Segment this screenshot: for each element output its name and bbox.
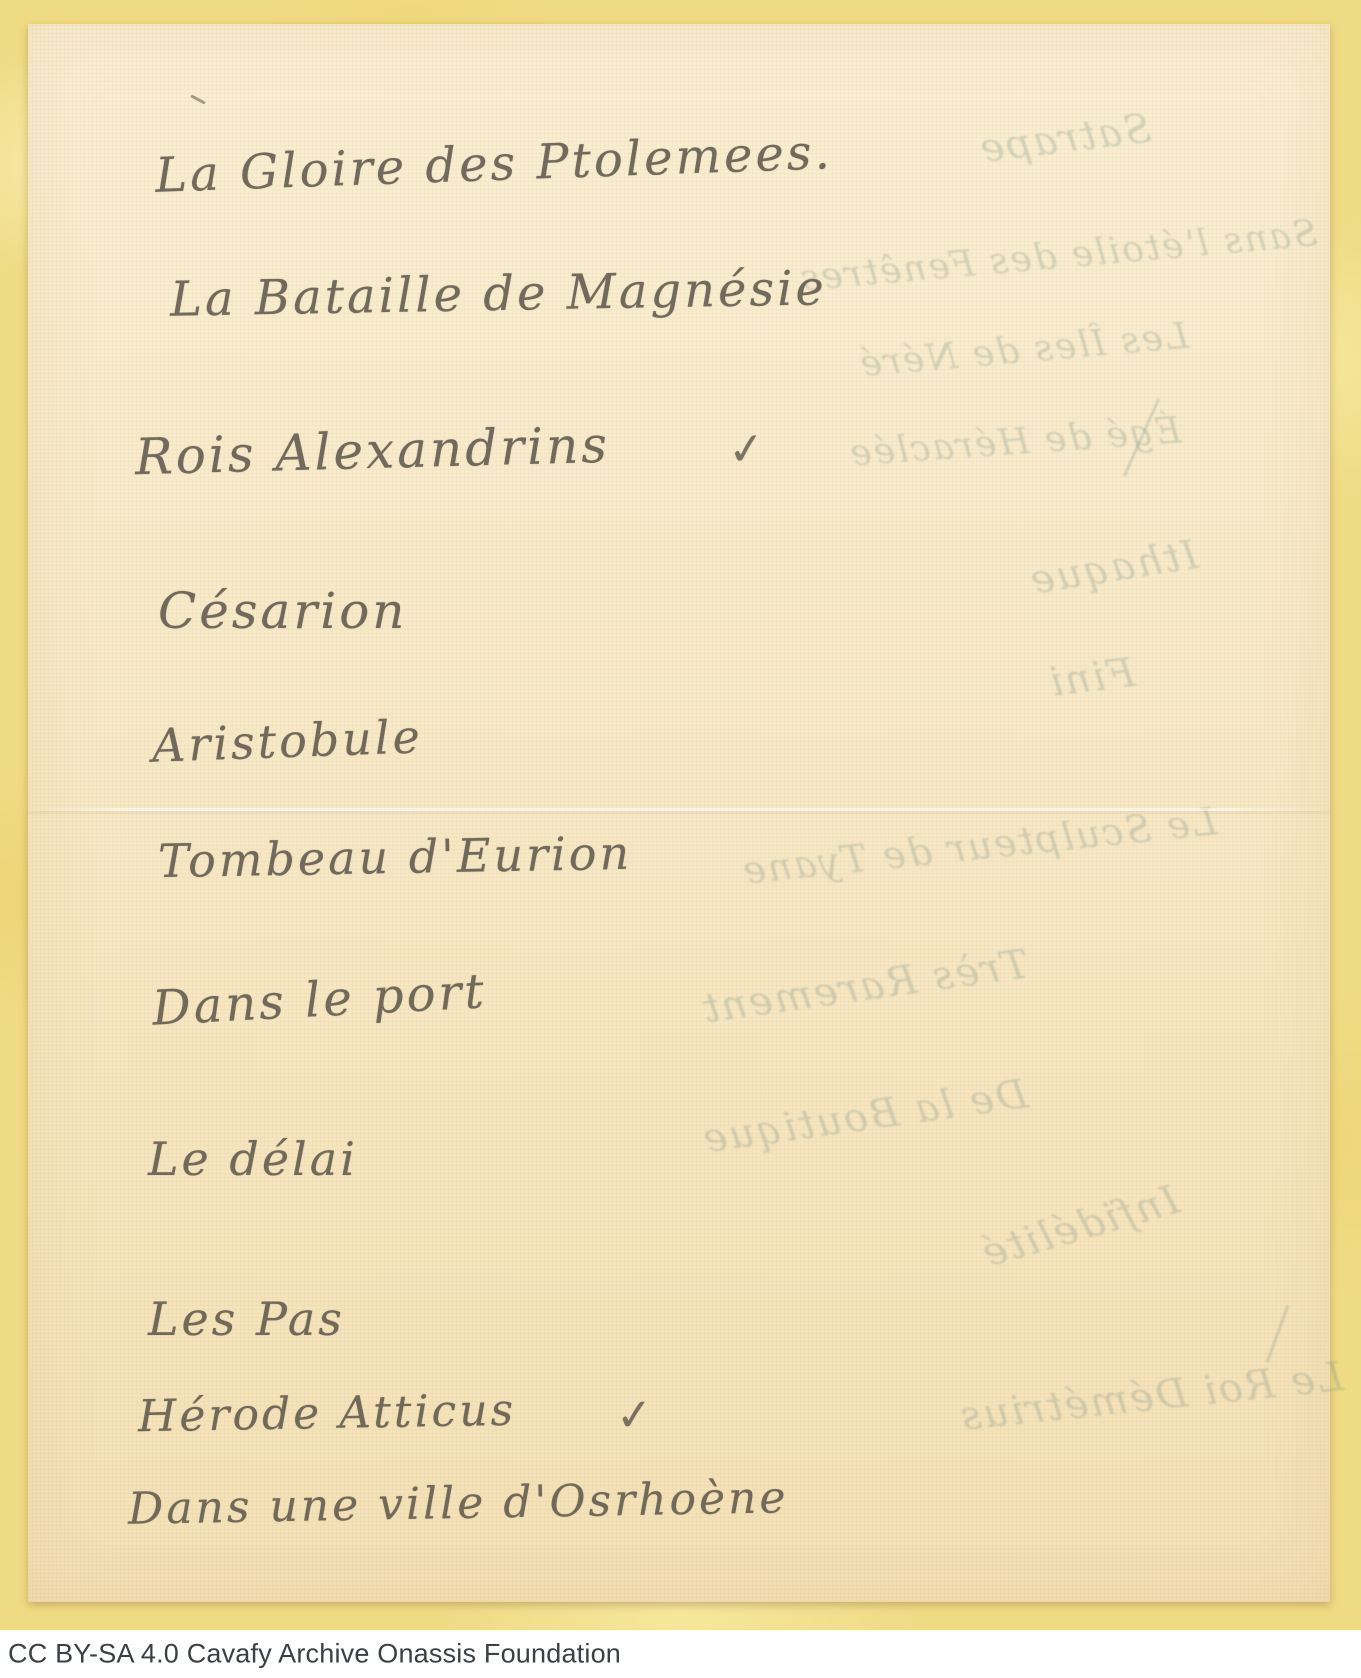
poem-title-line: La Gloire des Ptolemees. — [154, 124, 833, 204]
license-caption-bar: CC BY-SA 4.0 Cavafy Archive Onassis Foun… — [0, 1630, 1361, 1678]
poem-title-line: Césarion — [158, 582, 408, 640]
poem-title-line: Tombeau d'Eurion — [158, 826, 633, 888]
bleedthrough-line: Le Sculpteur de Tyane — [739, 799, 1219, 893]
bleedthrough-line: Ithaque — [1025, 532, 1201, 604]
bleedthrough-line: Satrape — [976, 106, 1154, 173]
poem-title-line: Hérode Atticus — [138, 1385, 517, 1443]
poem-title-line: La Bataille de Magnésie — [170, 260, 828, 327]
manuscript-page: Satrape Sans l'étoile des Fenêtres Les Î… — [28, 24, 1330, 1602]
bleedthrough-line: Sans l'étoile des Fenêtres — [797, 213, 1319, 299]
checkmark: ✓ — [614, 1389, 654, 1442]
checkmark: ✓ — [725, 422, 767, 477]
bleedthrough-line: Les Îles de Néré — [857, 316, 1191, 386]
license-caption: CC BY-SA 4.0 Cavafy Archive Onassis Foun… — [8, 1639, 621, 1670]
bleedthrough-stroke — [1266, 1305, 1289, 1362]
bleedthrough-line: De la Boutique — [698, 1071, 1030, 1162]
poem-title-line: Dans le port — [151, 963, 488, 1036]
poem-title-line: Le délai — [148, 1132, 358, 1186]
poem-title-line: Aristobule — [151, 709, 423, 772]
stray-pencil-mark — [190, 94, 206, 104]
fold-crease — [28, 808, 1330, 811]
poem-title-line: Les Pas — [148, 1292, 345, 1346]
poem-title-line: Rois Alexandrins — [134, 416, 610, 486]
bleedthrough-line: Égé de Héraclée — [847, 410, 1183, 474]
bleedthrough-line: Très Rarement — [698, 941, 1031, 1032]
bleedthrough-line: Infidélité — [976, 1177, 1185, 1277]
bleedthrough-line: Le Roi Démétrius — [957, 1354, 1346, 1440]
poem-title-line: Dans une ville d'Osrhoène — [128, 1472, 789, 1535]
bleedthrough-line: Fini — [1046, 650, 1138, 706]
